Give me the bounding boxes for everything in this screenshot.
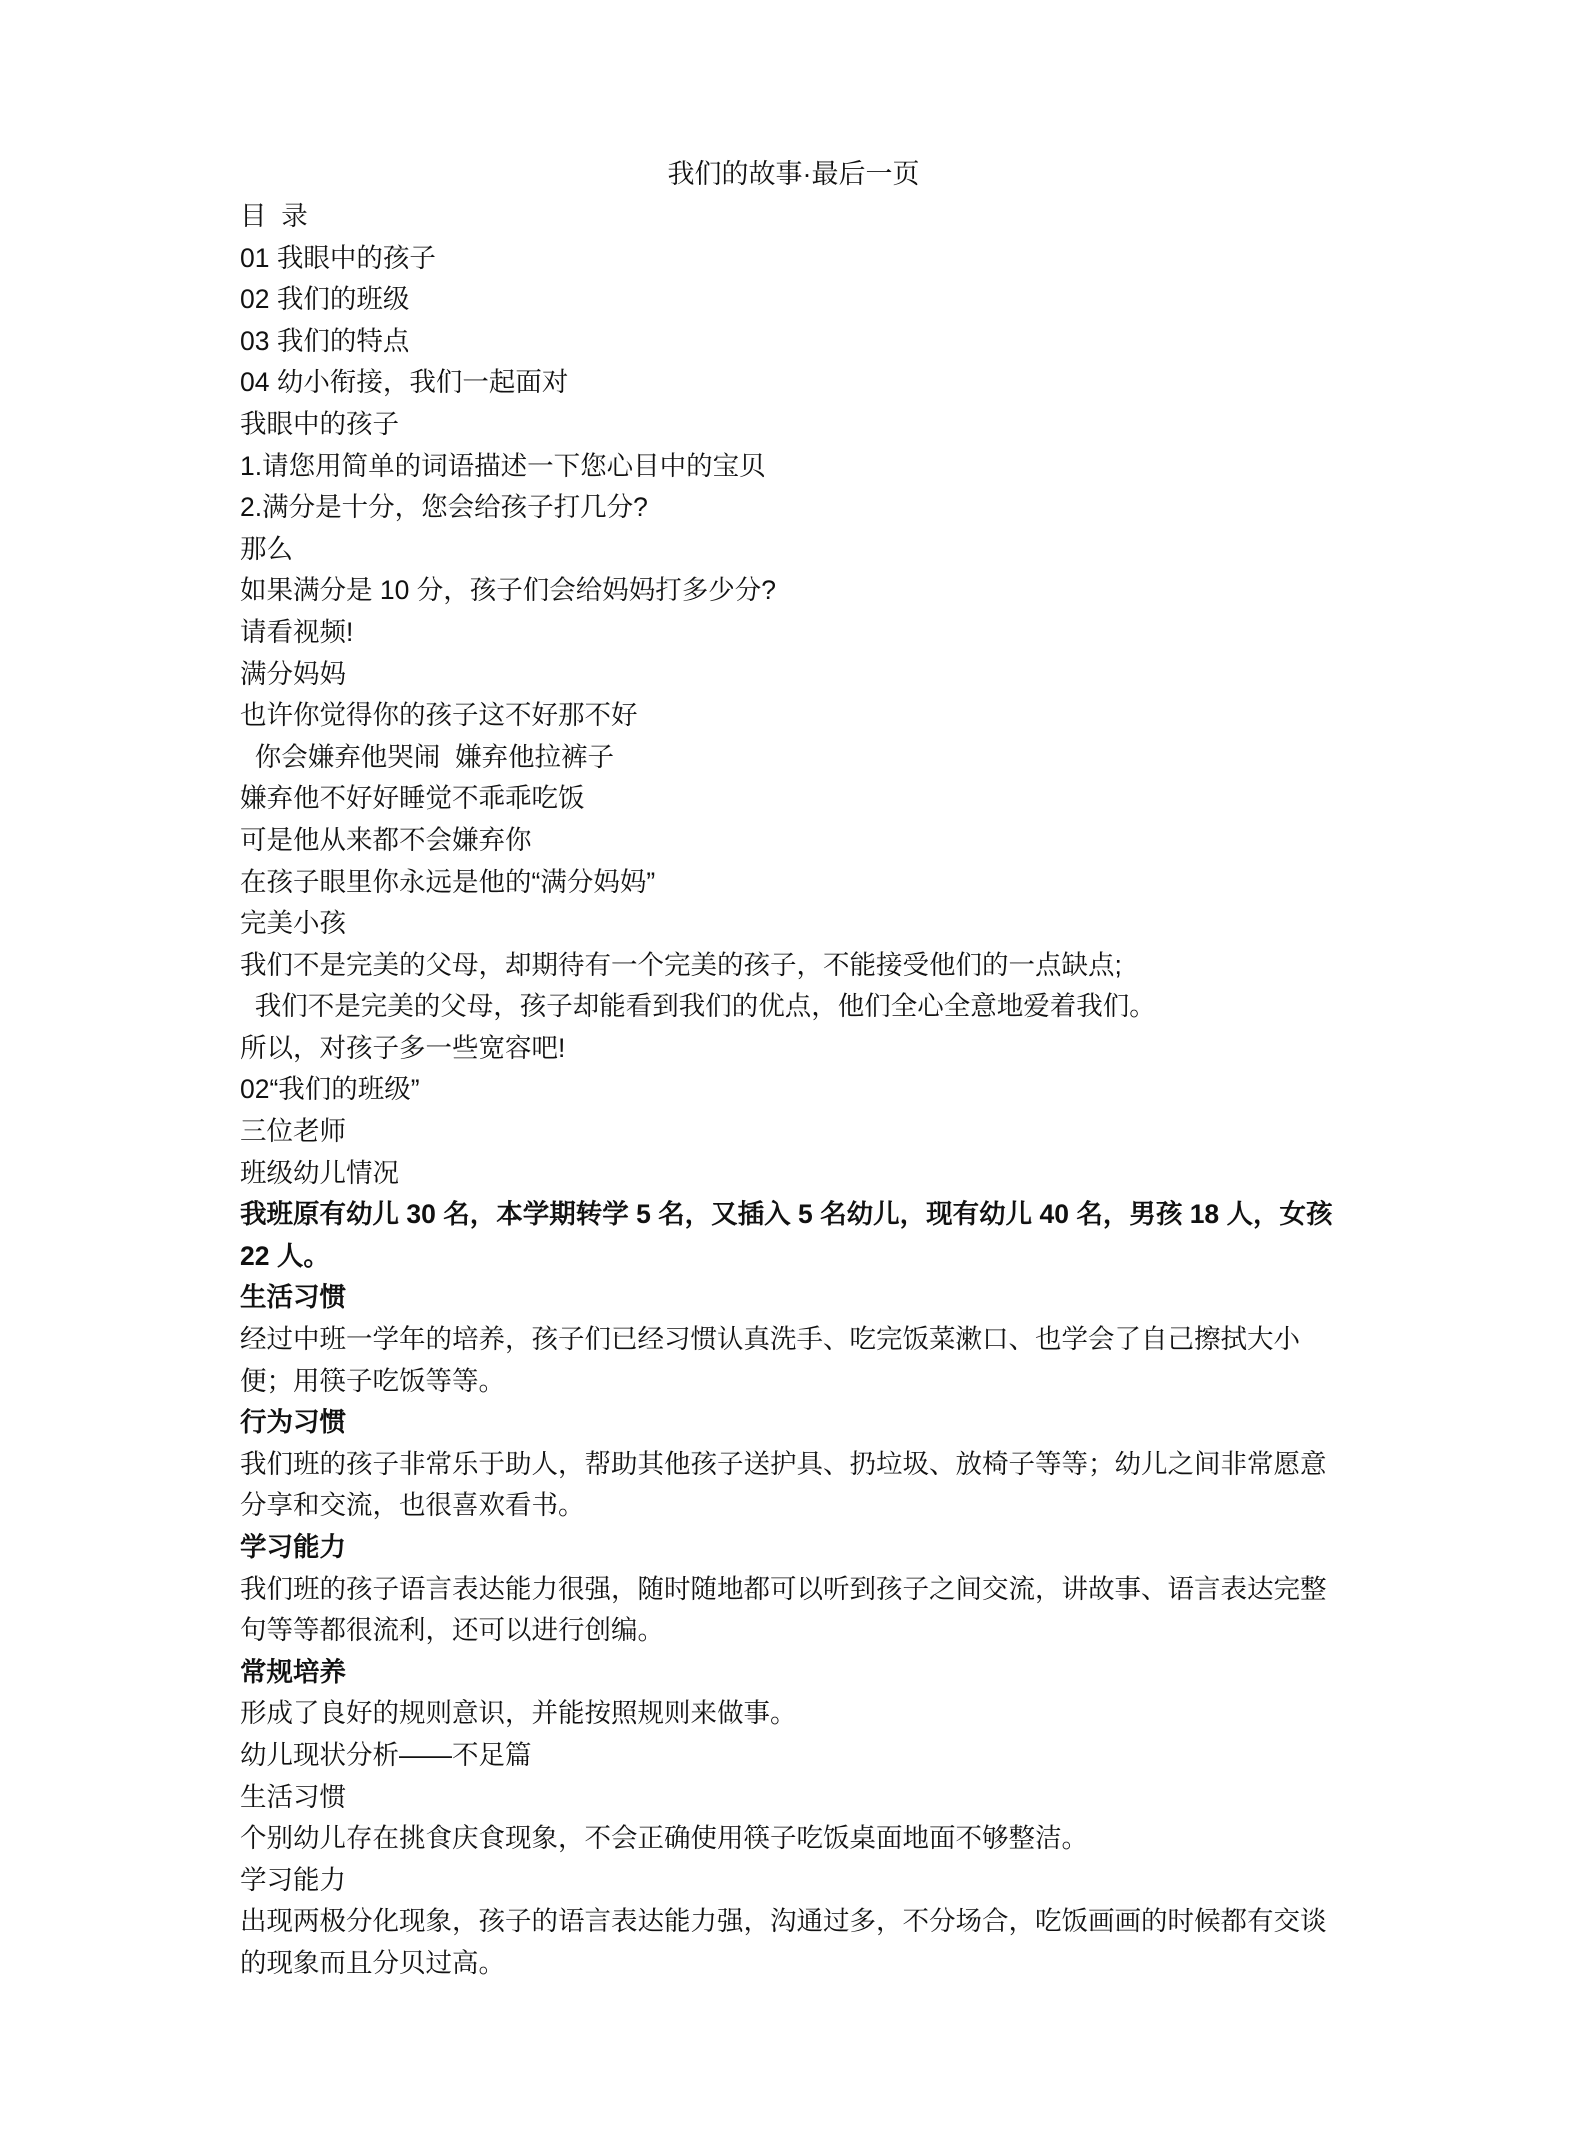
section-our-class: 02“我们的班级” 三位老师 班级幼儿情况 我班原有幼儿 30 名，本学期转学 …	[240, 1069, 1348, 1984]
document-title: 我们的故事·最后一页	[0, 155, 1587, 193]
section-my-child: 我眼中的孩子 1.请您用简单的词语描述一下您心目中的宝贝 2.满分是十分，您会给…	[240, 404, 1348, 1070]
weakness-heading: 幼儿现状分析——不足篇	[240, 1735, 1348, 1777]
poem-line: 可是他从来都不会嫌弃你	[240, 820, 1348, 862]
subheading: 三位老师	[240, 1111, 1348, 1153]
question: 2.满分是十分，您会给孩子打几分?	[240, 487, 1348, 529]
document-page: 我们的故事·最后一页 目 录 01 我眼中的孩子 02 我们的班级 03 我们的…	[0, 0, 1587, 2136]
strength-text: 我们班的孩子语言表达能力很强，随时随地都可以听到孩子之间交流，讲故事、语言表达完…	[240, 1569, 1348, 1652]
question: 1.请您用简单的词语描述一下您心目中的宝贝	[240, 446, 1348, 488]
paragraph-line: 我们不是完美的父母，孩子却能看到我们的优点，他们全心全意地爱着我们。	[240, 986, 1348, 1028]
strength-heading: 常规培养	[240, 1652, 1348, 1694]
poem-line: 也许你觉得你的孩子这不好那不好	[240, 695, 1348, 737]
paragraph-line: 我们不是完美的父母，却期待有一个完美的孩子，不能接受他们的一点缺点;	[240, 945, 1348, 987]
subheading: 满分妈妈	[240, 654, 1348, 696]
transition-text: 那么	[240, 529, 1348, 571]
weakness-subheading: 生活习惯	[240, 1777, 1348, 1819]
section-heading: 02“我们的班级”	[240, 1069, 1348, 1111]
table-of-contents: 目 录 01 我眼中的孩子 02 我们的班级 03 我们的特点 04 幼小衔接，…	[240, 196, 1348, 404]
toc-item: 04 幼小衔接，我们一起面对	[240, 362, 1348, 404]
document-body: 目 录 01 我眼中的孩子 02 我们的班级 03 我们的特点 04 幼小衔接，…	[240, 196, 1348, 1985]
weakness-subheading: 学习能力	[240, 1860, 1348, 1902]
question: 如果满分是 10 分，孩子们会给妈妈打多少分?	[240, 570, 1348, 612]
subheading: 班级幼儿情况	[240, 1153, 1348, 1195]
paragraph-line: 所以，对孩子多一些宽容吧!	[240, 1028, 1348, 1070]
section-heading: 我眼中的孩子	[240, 404, 1348, 446]
poem-line: 嫌弃他不好好睡觉不乖乖吃饭	[240, 778, 1348, 820]
strength-heading: 学习能力	[240, 1527, 1348, 1569]
class-status-summary: 我班原有幼儿 30 名，本学期转学 5 名，又插入 5 名幼儿，现有幼儿 40 …	[240, 1194, 1348, 1277]
strength-heading: 生活习惯	[240, 1277, 1348, 1319]
strength-text: 我们班的孩子非常乐于助人，帮助其他孩子送护具、扔垃圾、放椅子等等；幼儿之间非常愿…	[240, 1444, 1348, 1527]
toc-item: 03 我们的特点	[240, 321, 1348, 363]
strength-heading: 行为习惯	[240, 1402, 1348, 1444]
strength-text: 经过中班一学年的培养，孩子们已经习惯认真洗手、吃完饭菜漱口、也学会了自己擦拭大小…	[240, 1319, 1348, 1402]
weakness-text: 个别幼儿存在挑食庆食现象，不会正确使用筷子吃饭桌面地面不够整洁。	[240, 1818, 1348, 1860]
strength-text: 形成了良好的规则意识，并能按照规则来做事。	[240, 1693, 1348, 1735]
toc-item: 02 我们的班级	[240, 279, 1348, 321]
weakness-text: 出现两极分化现象，孩子的语言表达能力强，沟通过多，不分场合，吃饭画画的时候都有交…	[240, 1901, 1348, 1984]
toc-item: 01 我眼中的孩子	[240, 238, 1348, 280]
toc-heading: 目 录	[240, 196, 1348, 238]
subheading: 完美小孩	[240, 903, 1348, 945]
poem-line: 你会嫌弃他哭闹 嫌弃他拉裤子	[240, 737, 1348, 779]
poem-line: 在孩子眼里你永远是他的“满分妈妈”	[240, 862, 1348, 904]
video-prompt: 请看视频!	[240, 612, 1348, 654]
